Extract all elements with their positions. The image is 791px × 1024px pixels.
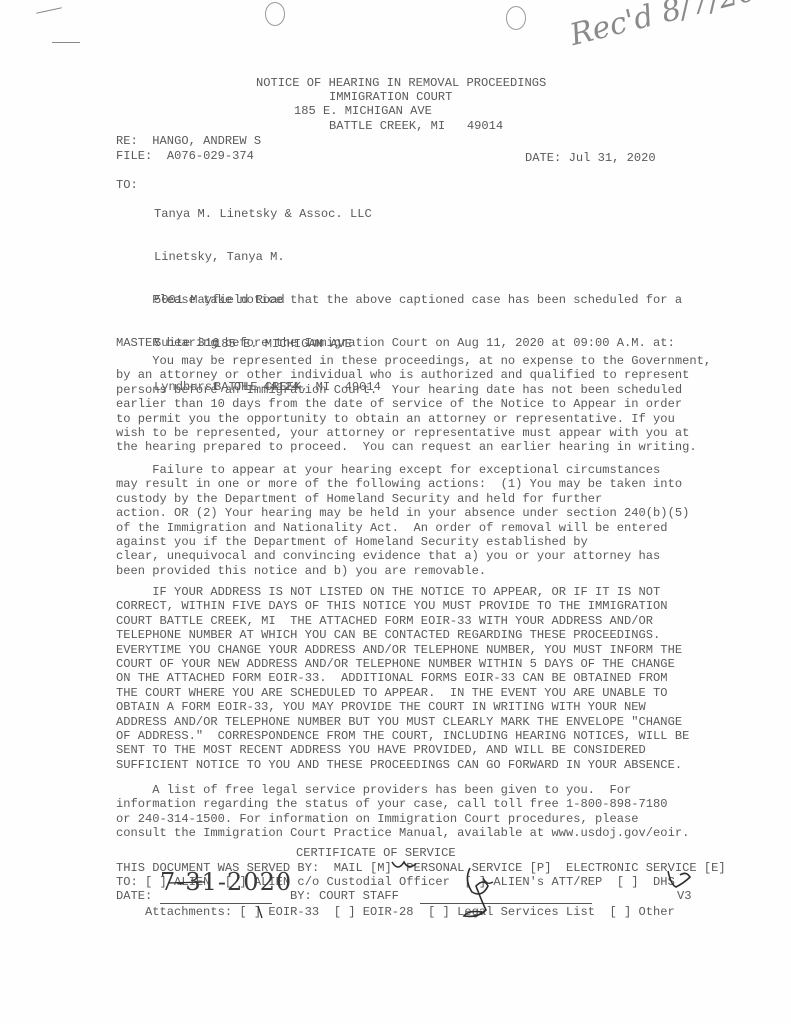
to-label: TO:	[116, 178, 138, 192]
court-street: 185 E. MICHIGAN AVE	[294, 104, 432, 118]
paragraph-line: the hearing prepared to proceed. You can…	[116, 440, 711, 454]
handwritten-service-date: 7-31-2020	[160, 868, 292, 896]
paragraph-line: OBTAIN A FORM EOIR-33, YOU MAY PROVIDE T…	[116, 700, 689, 714]
paragraph-legal-services: A list of free legal service providers h…	[116, 783, 689, 841]
paragraph-line: or 240-314-1500. For information on Immi…	[116, 812, 689, 826]
attachments-line: Attachments: [ ] EOIR-33 [ ] EOIR-28 [ ]…	[145, 905, 675, 919]
stray-pen-mark	[36, 7, 62, 13]
re-line: RE: HANGO, ANDREW S	[116, 134, 261, 148]
scanned-document-page: Rec'd 8/7/20 NOTICE OF HEARING IN REMOVA…	[0, 0, 791, 1024]
file-label: FILE:	[116, 149, 152, 163]
paragraph-line: COURT OF YOUR NEW ADDRESS AND/OR TELEPHO…	[116, 657, 689, 671]
notice-line: MASTER hearing before the Immigration Co…	[116, 336, 682, 350]
handwritten-received-note: Rec'd 8/7/20	[567, 0, 761, 53]
file-line: FILE: A076-029-374	[116, 149, 254, 163]
location-line: 185 E. MICHIGAN AVE	[214, 337, 381, 351]
paragraph-line: COURT BATTLE CREEK, MI THE ATTACHED FORM…	[116, 614, 689, 628]
date-label: DATE:	[525, 151, 561, 165]
respondent-name: HANGO, ANDREW S	[152, 134, 261, 148]
paragraph-line: persons before an Immigration Court. You…	[116, 383, 711, 397]
date-signature-line	[160, 903, 272, 904]
paragraph-line: EVERYTIME YOU CHANGE YOUR ADDRESS AND/OR…	[116, 643, 689, 657]
paragraph-line: been provided this notice and b) you are…	[116, 564, 689, 578]
paragraph-line: SUFFICIENT NOTICE TO YOU AND THESE PROCE…	[116, 758, 689, 772]
punch-hole-right	[506, 6, 526, 30]
paragraph-line: earlier than 10 days from the date of se…	[116, 397, 711, 411]
paragraph-line: wish to be represented, your attorney or…	[116, 426, 711, 440]
paragraph-failure-to-appear: Failure to appear at your hearing except…	[116, 463, 689, 578]
paragraph-line: IF YOUR ADDRESS IS NOT LISTED ON THE NOT…	[116, 585, 689, 599]
paragraph-line: SENT TO THE MOST RECENT ADDRESS YOU HAVE…	[116, 743, 689, 757]
court-name: IMMIGRATION COURT	[329, 90, 452, 104]
paragraph-line: information regarding the status of your…	[116, 797, 689, 811]
paragraph-line: clear, unequivocal and convincing eviden…	[116, 549, 689, 563]
paragraph-line: TELEPHONE NUMBER AT WHICH YOU CAN BE CON…	[116, 628, 689, 642]
paragraph-line: may result in one or more of the followi…	[116, 477, 689, 491]
notice-date: Jul 31, 2020	[569, 151, 656, 165]
stray-pen-mark	[52, 42, 80, 43]
paragraph-line: by an attorney or other individual who i…	[116, 368, 711, 382]
paragraph-line: CORRECT, WITHIN FIVE DAYS OF THIS NOTICE…	[116, 599, 689, 613]
paragraph-representation: You may be represented in these proceedi…	[116, 354, 711, 455]
form-version: V3	[677, 889, 692, 903]
paragraph-address-change: IF YOUR ADDRESS IS NOT LISTED ON THE NOT…	[116, 585, 689, 772]
paragraph-line: of the Immigration and Nationality Act. …	[116, 521, 689, 535]
file-number: A076-029-374	[167, 149, 254, 163]
paragraph-line: THE COURT WHERE YOU ARE SCHEDULED TO APP…	[116, 686, 689, 700]
date-line: DATE: Jul 31, 2020	[525, 151, 656, 165]
paragraph-line: action. OR (2) Your hearing may be held …	[116, 506, 689, 520]
recipient-line: Tanya M. Linetsky & Assoc. LLC	[154, 207, 372, 221]
service-date-label: DATE:	[116, 889, 152, 903]
served-by-staff: BY: COURT STAFF	[290, 889, 399, 903]
punch-hole-left	[265, 2, 285, 26]
paragraph-line: consult the Immigration Court Practice M…	[116, 826, 689, 840]
paragraph-line: ADDRESS AND/OR TELEPHONE NUMBER BUT YOU …	[116, 715, 689, 729]
paragraph-line: against you if the Department of Homelan…	[116, 535, 689, 549]
certificate-title: CERTIFICATE OF SERVICE	[296, 846, 456, 860]
notice-title: NOTICE OF HEARING IN REMOVAL PROCEEDINGS	[256, 76, 546, 90]
paragraph-line: custody by the Department of Homeland Se…	[116, 492, 689, 506]
paragraph-line: OF ADDRESS." CORRESPONDENCE FROM THE COU…	[116, 729, 689, 743]
recipient-line: Linetsky, Tanya M.	[154, 250, 372, 264]
re-label: RE:	[116, 134, 138, 148]
notice-line: Please take notice that the above captio…	[116, 293, 682, 307]
paragraph-line: A list of free legal service providers h…	[116, 783, 689, 797]
court-city: BATTLE CREEK, MI 49014	[329, 119, 503, 133]
paragraph-line: Failure to appear at your hearing except…	[116, 463, 689, 477]
paragraph-line: ON THE ATTACHED FORM EOIR-33. ADDITIONAL…	[116, 671, 689, 685]
paragraph-line: to permit you the opportunity to obtain …	[116, 412, 711, 426]
paragraph-line: You may be represented in these proceedi…	[116, 354, 711, 368]
staff-signature-line	[420, 903, 592, 904]
